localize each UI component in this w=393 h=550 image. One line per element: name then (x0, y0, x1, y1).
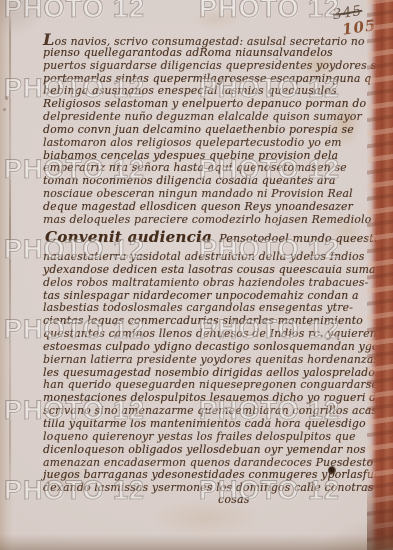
manuscript-line: nauaestatierra yasidotal adestruicion de… (43, 251, 358, 264)
manuscript-line: lastomaron alos religiosos quelepartecus… (43, 137, 358, 150)
manuscript-line: domo convn juan delcamino quelaethenbio … (43, 124, 358, 137)
manuscript-line: delpresidente nuño deguzman elalcalde qu… (43, 111, 358, 124)
manuscript-line: emperatriz nra señora hasta aqui quenose… (43, 162, 358, 175)
manuscript-line: pienso quellegarantodas adRoma niaunsalv… (43, 47, 358, 60)
manuscript-line: puertos siguardarse diligencias quepresi… (43, 60, 358, 73)
manuscript-line: scrivano sino amenazarme quemeembiaran c… (43, 405, 358, 418)
paper-stain (186, 6, 246, 32)
manuscript-line: delos robos maltratamiento obras haziend… (43, 277, 358, 290)
manuscript-line: dicenloqueson obligados yellosdebuan oyr… (43, 444, 358, 457)
book-binding-edge (367, 0, 393, 550)
manuscript-line: estoesmas culpado ydigno decastigo sonlo… (43, 341, 358, 354)
manuscript-line: amenazan encadasermon quenos darandecoce… (43, 457, 358, 470)
manuscript-line: han querido queseguarden niquesepregonen… (43, 379, 358, 392)
manuscript-line: ydexandose dedicen esta lasotras cousas … (43, 264, 358, 277)
manuscript-line: hebinga asusmanos enespecial lasmias que… (43, 85, 358, 98)
paragraph2-heading: Convenit audienciaPensotodoel mundo quee… (45, 227, 360, 246)
manuscript-line: loqueno quierenoyr yestas los frailes de… (43, 431, 358, 444)
manuscript-line: mas deloqueles pareciere comodezirlo hoj… (43, 214, 358, 227)
manuscript-line: dexando lasmissas ysermones los domingos… (43, 482, 358, 495)
manuscript-line: questantos caminos llenos dehuesos de In… (43, 328, 358, 341)
watermark-text: PHOTO 12 (199, 0, 340, 24)
manuscript-line: deque magestad ellosdicen queson Reys yn… (43, 201, 358, 214)
manuscript-line: Los navios, scrivo consumagestad: asulsa… (43, 34, 358, 47)
binding-texture (367, 0, 393, 550)
page-left-edge (0, 0, 13, 550)
manuscript-line: biernan latierra presidente yoydores que… (43, 354, 358, 367)
page-bottom-edge (0, 534, 393, 550)
manuscript-photo: 345 105 Los navios, scrivo consumagestad… (0, 0, 393, 550)
manuscript-paragraph-1: Los navios, scrivo consumagestad: asulsa… (43, 34, 358, 227)
watermark-text: PHOTO 12 (4, 0, 145, 24)
manuscript-line: lasbestias todoslosmales cargandolas ens… (43, 302, 358, 315)
trailing-word: cosas (218, 493, 250, 506)
page-crease (9, 0, 11, 524)
heading-lead: Convenit audiencia (45, 228, 212, 246)
manuscript-line: nosciaue obesceran ningun mandado ni Pro… (43, 188, 358, 201)
manuscript-line: tilla yquitarme los mantenimientos cada … (43, 418, 358, 431)
manuscript-paragraph-2: nauaestatierra yasidotal adestruicion de… (43, 251, 358, 495)
